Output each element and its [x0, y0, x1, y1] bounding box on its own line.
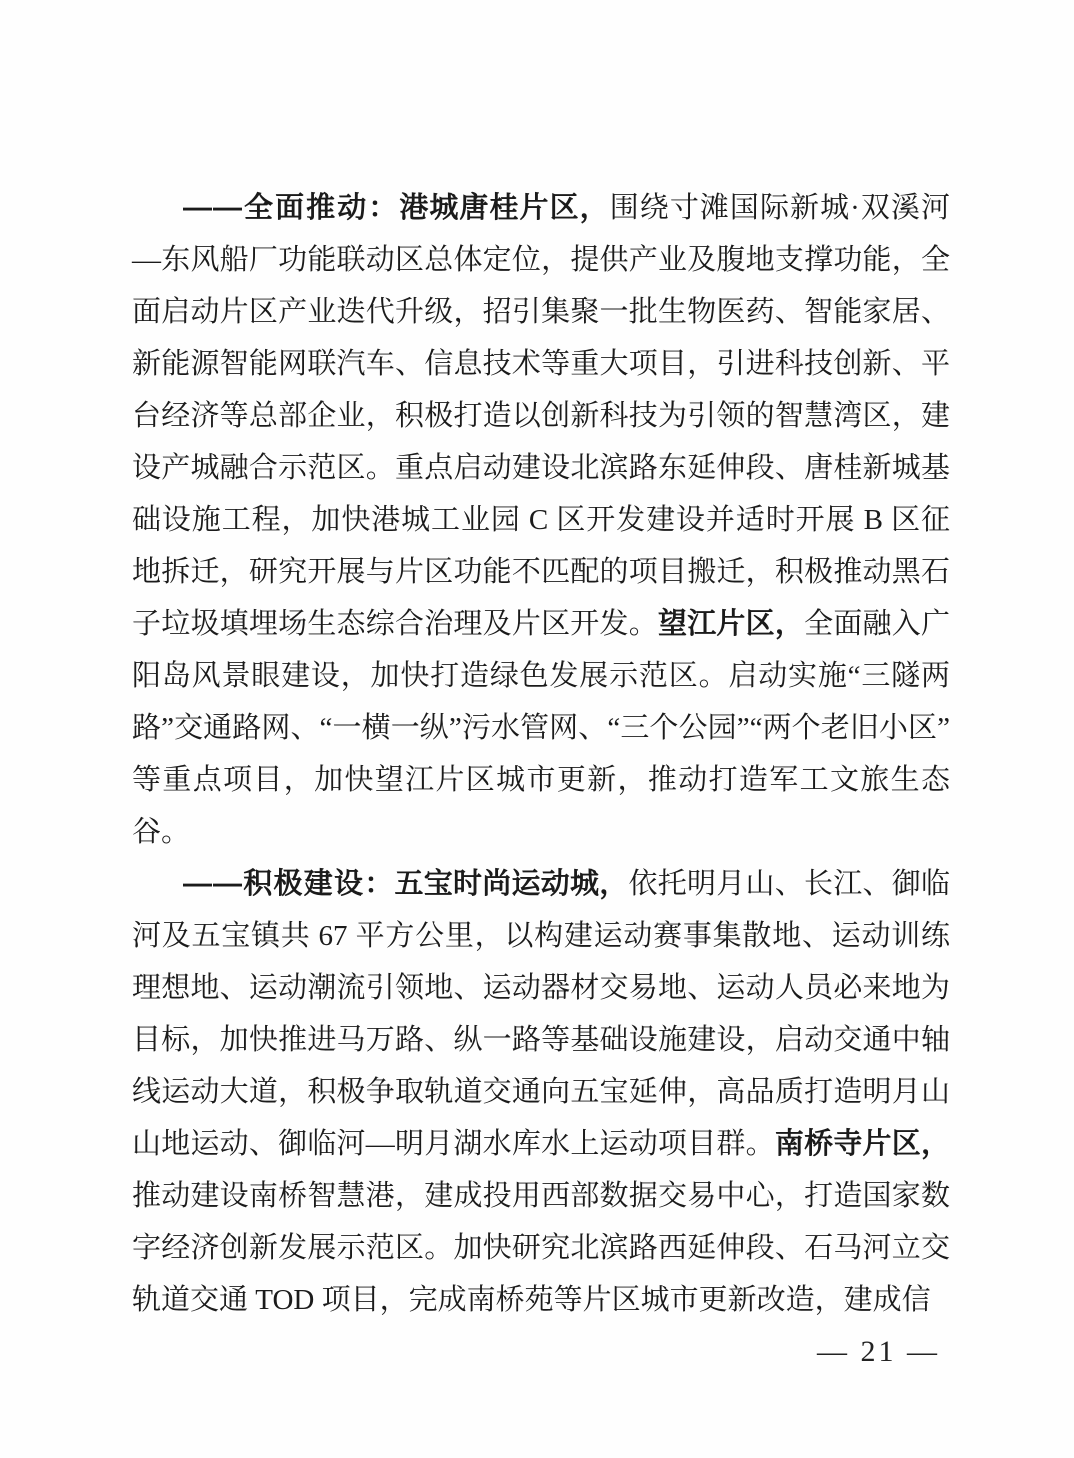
document-page: ——全面推动：港城唐桂片区，围绕寸滩国际新城·双溪河—东风船厂功能联动区总体定位…	[0, 0, 1074, 1458]
paragraph-1: ——全面推动：港城唐桂片区，围绕寸滩国际新城·双溪河—东风船厂功能联动区总体定位…	[132, 182, 950, 858]
page-number: — 21 —	[817, 1334, 940, 1370]
body-text-run: 全面融入广阳岛风景眼建设，加快打造绿色发展示范区。启动实施“三隧两路”交通路网、…	[132, 608, 950, 848]
district-name-gangcheng: 港城唐桂片区，	[399, 192, 609, 224]
paragraph-1-lead-in: ——全面推动：	[183, 192, 399, 224]
paragraph-2-lead-in: ——积极建设：	[183, 868, 395, 900]
district-name-nanqiaosi: 南桥寺片区，	[775, 1128, 950, 1160]
paragraph-2: ——积极建设：五宝时尚运动城，依托明月山、长江、御临河及五宝镇共 67 平方公里…	[132, 858, 950, 1326]
district-name-wubao: 五宝时尚运动城，	[395, 868, 629, 900]
body-text-run: 依托明月山、长江、御临河及五宝镇共 67 平方公里，以构建运动赛事集散地、运动训…	[132, 868, 950, 1160]
body-text-run: 围绕寸滩国际新城·双溪河—东风船厂功能联动区总体定位，提供产业及腹地支撑功能，全…	[132, 192, 950, 640]
district-name-wangjiang: 望江片区，	[658, 608, 804, 640]
body-text-run: 推动建设南桥智慧港，建成投用西部数据交易中心，打造国家数字经济创新发展示范区。加…	[132, 1180, 950, 1316]
document-body: ——全面推动：港城唐桂片区，围绕寸滩国际新城·双溪河—东风船厂功能联动区总体定位…	[132, 182, 950, 1326]
